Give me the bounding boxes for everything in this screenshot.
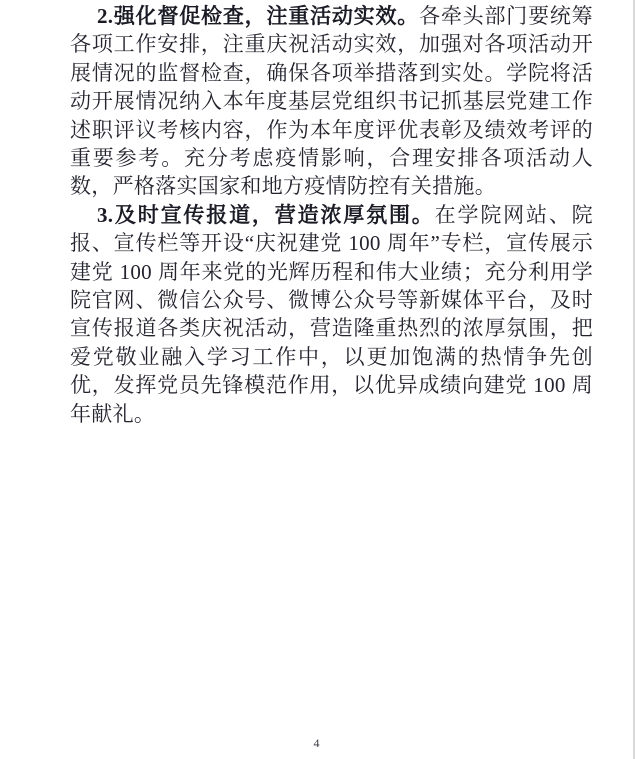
- paragraph: 2.强化督促检查，注重活动实效。各牵头部门要统筹各项工作安排，注重庆祝活动实效，…: [70, 2, 593, 201]
- paragraph-body: 在学院网站、院报、宣传栏等开设“庆祝建党 100 周年”专栏，宣传展示建党 10…: [70, 203, 593, 426]
- page-number: 4: [0, 736, 633, 751]
- paragraph-body: 各牵头部门要统筹各项工作安排，注重庆祝活动实效，加强对各项活动开展情况的监督检查…: [70, 4, 593, 198]
- document-page: 2.强化督促检查，注重活动实效。各牵头部门要统筹各项工作安排，注重庆祝活动实效，…: [0, 0, 635, 759]
- paragraph-lead: 3.及时宣传报道，营造浓厚氛围。: [97, 203, 435, 227]
- paragraph: 3.及时宣传报道，营造浓厚氛围。在学院网站、院报、宣传栏等开设“庆祝建党 100…: [70, 201, 593, 428]
- paragraph-lead: 2.强化督促检查，注重活动实效。: [97, 4, 419, 28]
- document-body: 2.强化督促检查，注重活动实效。各牵头部门要统筹各项工作安排，注重庆祝活动实效，…: [70, 2, 593, 428]
